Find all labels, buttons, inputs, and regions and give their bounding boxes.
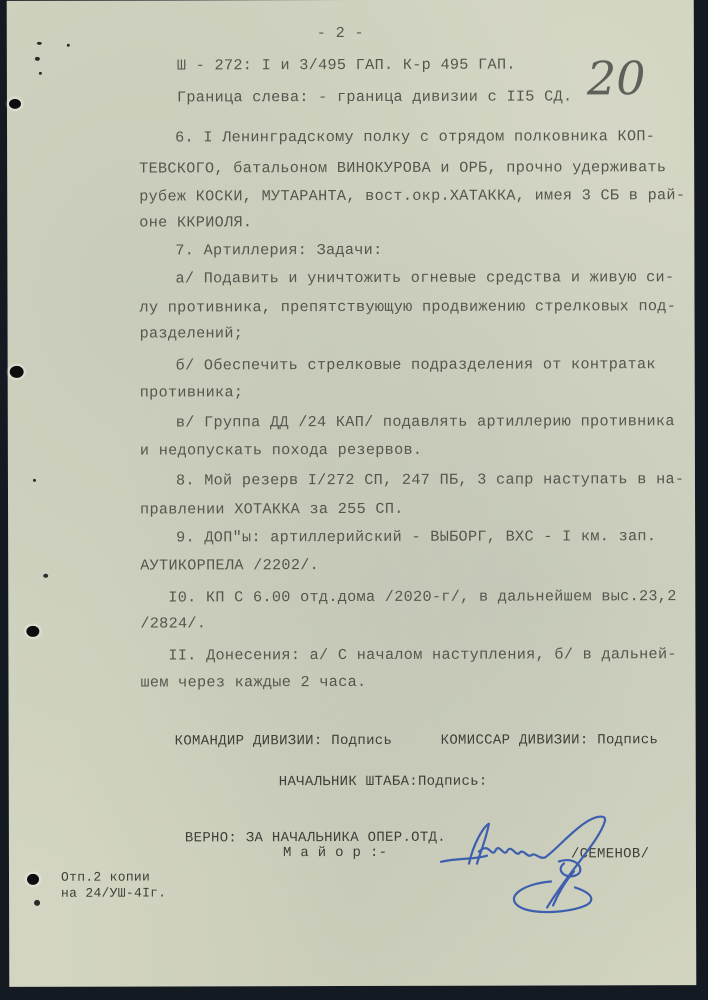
binder-hole	[26, 626, 39, 637]
speck	[34, 900, 40, 906]
text-line: 9. ДОП"ы: артиллерийский - ВЫБОРГ, ВХС -…	[176, 527, 656, 546]
binder-hole	[10, 366, 24, 378]
text-line: в/ Группа ДД /24 КАП/ подавлять артиллер…	[176, 412, 675, 431]
speck	[43, 574, 48, 578]
text-line: противника;	[140, 383, 244, 401]
text-line: а/ Подавить и уничтожить огневые средств…	[175, 268, 674, 287]
text-line: /2824/.	[140, 614, 206, 632]
text-line: оне ККРИОЛЯ.	[139, 213, 252, 231]
text-line: Ш - 272: I и 3/495 ГАП. К-р 495 ГАП.	[177, 56, 516, 75]
binder-hole	[27, 874, 39, 885]
text-line: шем через каждые 2 часа.	[140, 673, 366, 692]
archive-page-number: 20	[587, 51, 646, 105]
text-line: ТЕВСКОГО, батальоном ВИНОКУРОВА и ОРБ, п…	[139, 158, 666, 177]
speck	[39, 72, 42, 75]
text-line: лу противника, препятствующую продвижени…	[139, 297, 676, 316]
speck	[37, 42, 42, 45]
text-line: Граница слева: - граница дивизии с II5 С…	[177, 87, 572, 106]
text-line: 8. Мой резерв I/272 СП, 247 ПБ, 3 сапр н…	[176, 470, 684, 489]
chief-of-staff-signature-line: НАЧАЛЬНИК ШТАБА:Подпись:	[279, 774, 488, 791]
text-line: I0. КП С 6.00 отд.дома /2020-г/, в дальн…	[168, 587, 676, 606]
certified-line: ВЕРНО: ЗА НАЧАЛЬНИКА ОПЕР.ОТД.	[185, 830, 446, 847]
speck	[67, 44, 70, 47]
speck	[33, 479, 36, 482]
text-line: II. Донесения: а/ С началом наступления,…	[168, 645, 676, 664]
text-line: разделений;	[140, 324, 244, 342]
text-line: 6. I Ленинградскому полку с отрядом полк…	[175, 127, 655, 146]
commander-signature-line: КОМАНДИР ДИВИЗИИ: Подпись	[175, 733, 393, 750]
text-line: б/ Обеспечить стрелковые подразделения о…	[176, 355, 656, 374]
text-line: АУТИКОРПЕЛА /2202/.	[140, 556, 319, 574]
text-line: правлении ХОТАККА за 255 СП.	[140, 500, 404, 519]
handwritten-signature	[429, 811, 629, 922]
document-page: - 2 - 20 Ш - 272: I и 3/495 ГАП. К-р 495…	[7, 0, 697, 987]
binder-hole	[9, 99, 21, 109]
commissar-signature-line: КОМИССАР ДИВИЗИИ: Подпись	[441, 732, 659, 749]
text-line: 7. Артиллерия: Задачи:	[175, 241, 382, 260]
text-line: рубеж КОСКИ, МУТАРАНТА, вост.окр.ХАТАККА…	[139, 186, 685, 205]
speck	[35, 57, 40, 61]
date-note: на 24/УШ-4Iг.	[61, 885, 166, 900]
copies-note: Отп.2 копии	[61, 870, 150, 885]
text-line: и недопускать похода резервов.	[140, 441, 422, 460]
rank-line: М а й о р :-	[283, 845, 387, 861]
page-number: - 2 -	[317, 24, 364, 42]
